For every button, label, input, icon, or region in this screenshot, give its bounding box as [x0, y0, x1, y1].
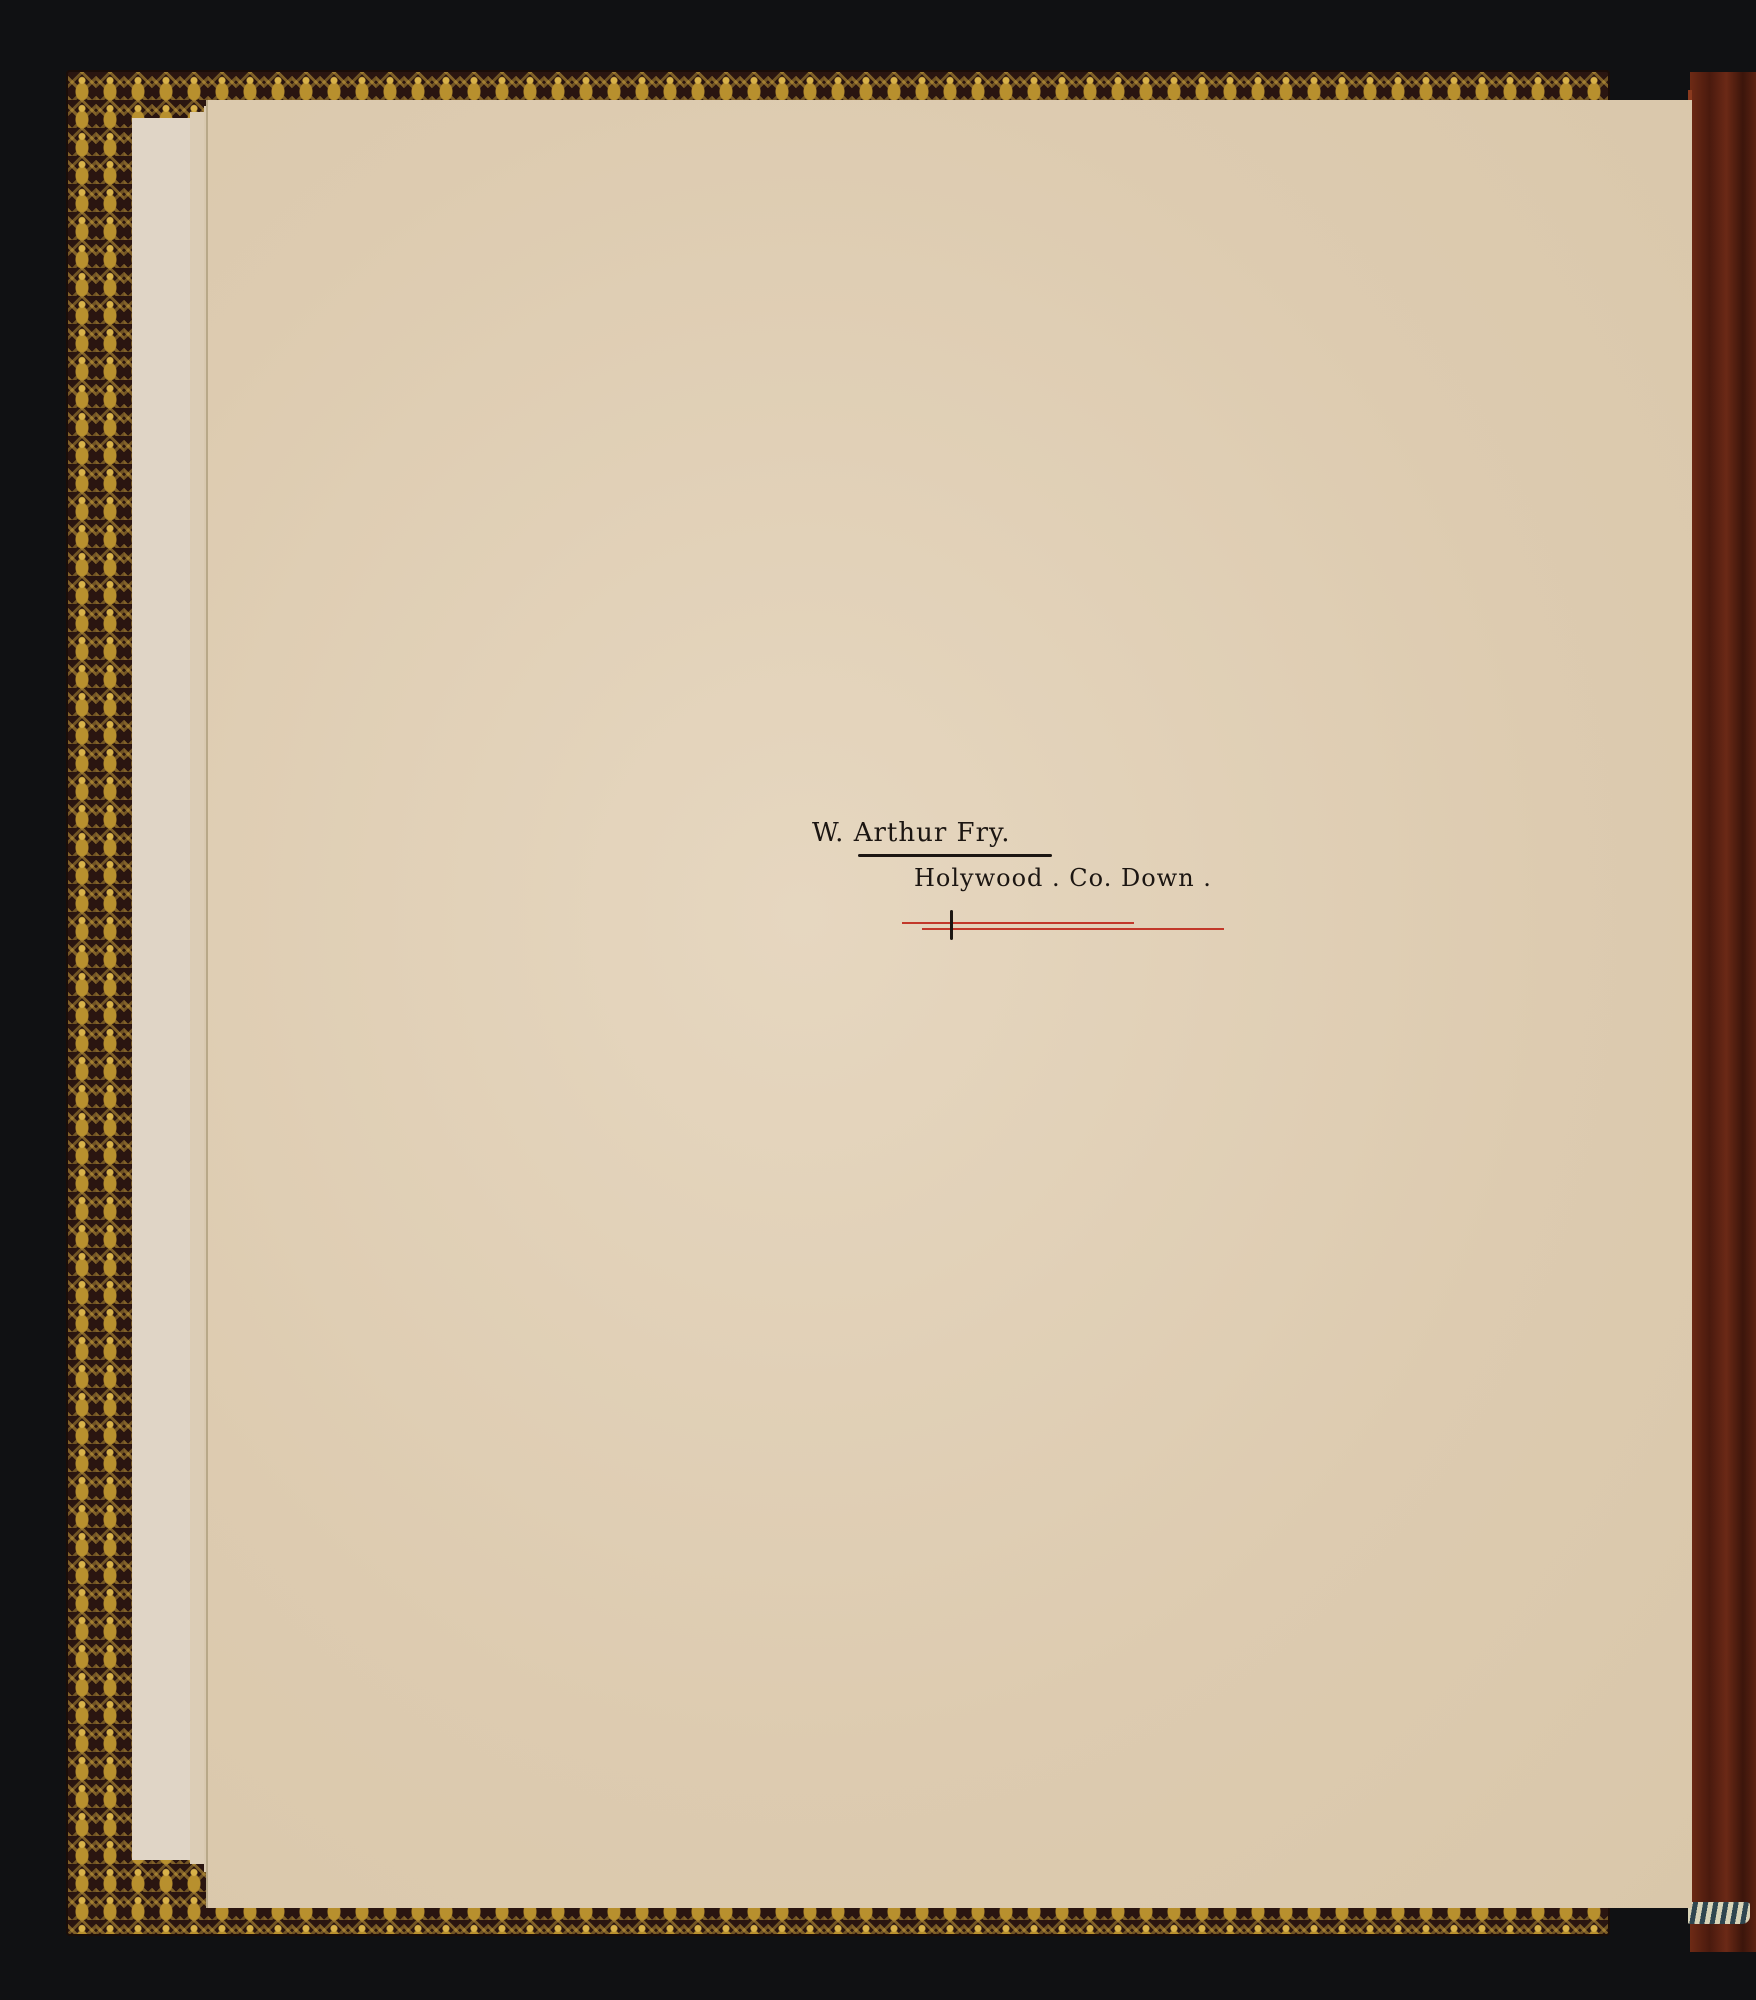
striped-headband — [1688, 1902, 1750, 1924]
red-rule-lower — [922, 928, 1224, 930]
red-leather-spine — [1690, 72, 1756, 1952]
red-rule-upper — [902, 922, 1134, 924]
letter-descender — [950, 910, 953, 940]
inscription-name: W. Arthur Fry. — [812, 818, 1011, 848]
name-flourish-underline — [858, 854, 1052, 857]
flyleaf-page — [206, 100, 1692, 1908]
ownership-inscription: W. Arthur Fry. Holywood . Co. Down . — [812, 818, 1212, 938]
inscription-place: Holywood . Co. Down . — [914, 864, 1212, 892]
